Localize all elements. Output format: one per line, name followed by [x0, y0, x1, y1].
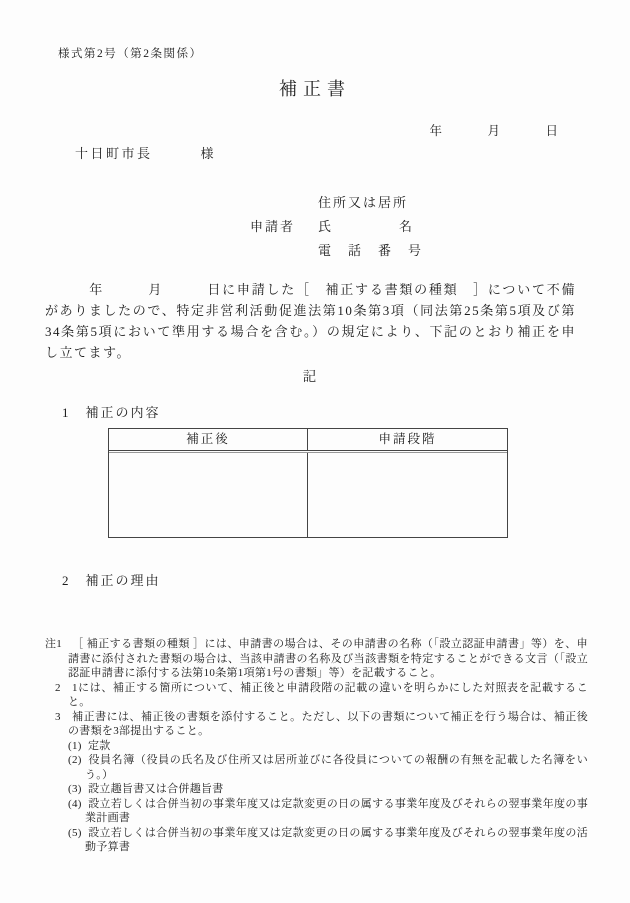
note-2-text: 1には、補正する箇所について、補正後と申請段階の記載の違いを明らかにした対照表を…: [68, 682, 588, 709]
correction-table-body-row: [109, 452, 507, 537]
applicant-label: 申請者: [250, 215, 318, 239]
note-3-label: 3: [55, 710, 72, 725]
correction-after-cell: [109, 453, 308, 537]
note-3-item-2-label: (2): [68, 753, 88, 768]
applicant-prefix-spacer: [250, 239, 318, 263]
applicant-name-row: 申請者 氏 名: [250, 215, 423, 239]
form-number: 様式第2号（第2条関係）: [58, 45, 203, 61]
note-3-item-5-text: 設立若しくは合併当初の事業年度又は定款変更の日の属する事業年度及びそれらの翌事業…: [85, 827, 588, 854]
note-3-item-3: (3)設立趣旨書又は合併趣旨書: [68, 782, 588, 797]
note-3-item-5: (5)設立若しくは合併当初の事業年度又は定款変更の日の属する事業年度及びそれらの…: [68, 826, 588, 855]
name-label-left: 氏: [318, 215, 333, 239]
notes-section: 注1［ 補正する書類の種類 ］には、申請書の場合は、その申請書の名称（「設立認証…: [45, 637, 588, 855]
phone-label: 電 話 番 号: [318, 239, 423, 263]
note-3-text: 補正書には、補正後の書類を添付すること。ただし、以下の書類について補正を行う場合…: [68, 711, 588, 738]
note-1-text: ［ 補正する書類の種類 ］には、申請書の場合は、その申請書の名称（「設立認証申請…: [68, 638, 588, 679]
applicant-address-row: 住所又は居所: [250, 191, 423, 215]
addressee-line: 十日町市長様: [75, 143, 216, 162]
application-stage-cell: [308, 453, 507, 537]
note-3-item-1-text: 定款: [88, 740, 111, 752]
document-page: 様式第2号（第2条関係） 補正書 年 月 日 十日町市長様 住所又は居所 申請者…: [0, 0, 630, 903]
applicant-prefix-spacer: [250, 191, 318, 215]
note-2: 21には、補正する箇所について、補正後と申請段階の記載の違いを明らかにした対照表…: [55, 681, 588, 710]
note-3-item-2-text: 役員名簿（役員の氏名及び住所又は居所並びに各役員についての報酬の有無を記載した名…: [85, 754, 588, 781]
note-3-item-3-text: 設立趣旨書又は合併趣旨書: [88, 783, 224, 795]
section-1-label: 補正の内容: [86, 405, 161, 420]
ki-marker: 記: [45, 365, 576, 385]
note-3: 3補正書には、補正後の書類を添付すること。ただし、以下の書類について補正を行う場…: [55, 710, 588, 739]
note-3-item-3-label: (3): [68, 782, 88, 797]
addressee-name: 十日町市長: [75, 146, 153, 161]
address-label: 住所又は居所: [318, 191, 408, 215]
section-2-number: 2: [62, 573, 69, 588]
note-3-item-4: (4)設立若しくは合併当初の事業年度又は定款変更の日の属する事業年度及びそれらの…: [68, 797, 588, 826]
note-3-item-5-label: (5): [68, 826, 88, 841]
applicant-section: 住所又は居所 申請者 氏 名 電 話 番 号: [250, 191, 423, 263]
note-2-label: 2: [55, 681, 72, 696]
application-stage-header: 申請段階: [308, 429, 507, 450]
section-2-label: 補正の理由: [86, 573, 161, 588]
name-label: 氏 名: [318, 215, 414, 239]
opening-paragraph: 年 月 日に申請した［ 補正する書類の種類 ］について不備がありましたので、特定…: [45, 279, 576, 363]
note-1-label: 注1: [45, 637, 72, 652]
correction-after-header: 補正後: [109, 429, 308, 450]
date-line: 年 月 日: [429, 121, 560, 139]
section-1-number: 1: [62, 405, 69, 420]
note-3-item-1-label: (1): [68, 739, 88, 754]
note-3-item-1: (1)定款: [68, 739, 588, 754]
page-title: 補正書: [0, 75, 630, 101]
applicant-phone-row: 電 話 番 号: [250, 239, 423, 263]
note-1: 注1［ 補正する書類の種類 ］には、申請書の場合は、その申請書の名称（「設立認証…: [45, 637, 588, 681]
note-3-item-2: (2)役員名簿（役員の氏名及び住所又は居所並びに各役員についての報酬の有無を記載…: [68, 753, 588, 782]
correction-table-header-row: 補正後 申請段階: [109, 429, 507, 451]
section-1-heading: 1補正の内容: [62, 402, 161, 421]
note-3-item-4-text: 設立若しくは合併当初の事業年度又は定款変更の日の属する事業年度及びそれらの翌事業…: [85, 798, 588, 825]
name-label-right: 名: [399, 215, 414, 239]
addressee-honorific: 様: [201, 146, 216, 161]
note-3-item-4-label: (4): [68, 797, 88, 812]
correction-table: 補正後 申請段階: [108, 428, 508, 538]
section-2-heading: 2補正の理由: [62, 570, 161, 589]
